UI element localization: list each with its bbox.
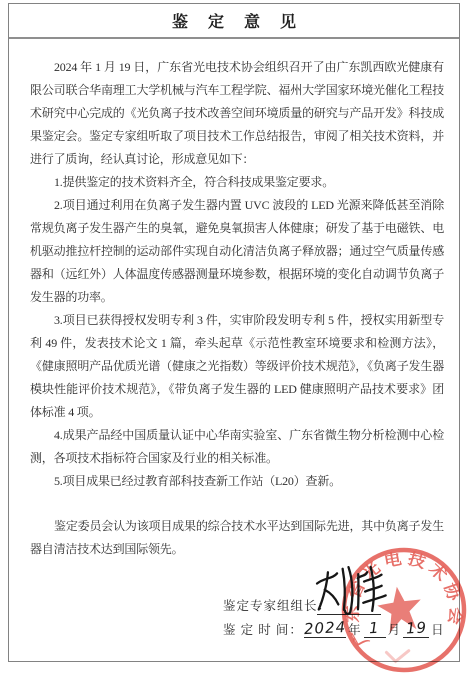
paragraph-item-1: 1.提供鉴定的技术资料齐全，符合科技成果鉴定要求。 <box>30 171 444 194</box>
document-title: 鉴 定 意 见 <box>164 9 304 32</box>
document-border-frame: 鉴 定 意 见 2024 年 1 月 19 日，广东省光电技术协会组织召开了由广… <box>8 3 460 662</box>
leader-signature-handwriting <box>315 565 387 617</box>
paragraph-item-3: 3.项目已获得授权发明专利 3 件，实审阶段发明专利 5 件，授权实用新型专利 … <box>30 309 444 424</box>
appraisal-date-label: 鉴 定 时 间： <box>223 620 303 638</box>
document-body: 2024 年 1 月 19 日，广东省光电技术协会组织召开了由广东凯西欧光健康有… <box>30 56 444 561</box>
appraisal-document-page: 鉴 定 意 见 2024 年 1 月 19 日，广东省光电技术协会组织召开了由广… <box>0 0 473 675</box>
paragraph-item-5: 5.项目成果已经过教育部科技查新工作站（L20）查新。 <box>30 470 444 493</box>
paragraph-item-2: 2.项目通过利用在负离子发生器内置 UVC 波段的 LED 光源来降低甚至消除常… <box>30 194 444 309</box>
paragraph-intro: 2024 年 1 月 19 日，广东省光电技术协会组织召开了由广东凯西欧光健康有… <box>30 56 444 171</box>
paragraph-item-4: 4.成果产品经中国质量认证中心华南实验室、广东省微生物分析检测中心检测，各项技术… <box>30 424 444 470</box>
leader-signature-transcription: 刘胜 <box>9 39 10 40</box>
document-header: 鉴 定 意 见 <box>9 4 459 39</box>
